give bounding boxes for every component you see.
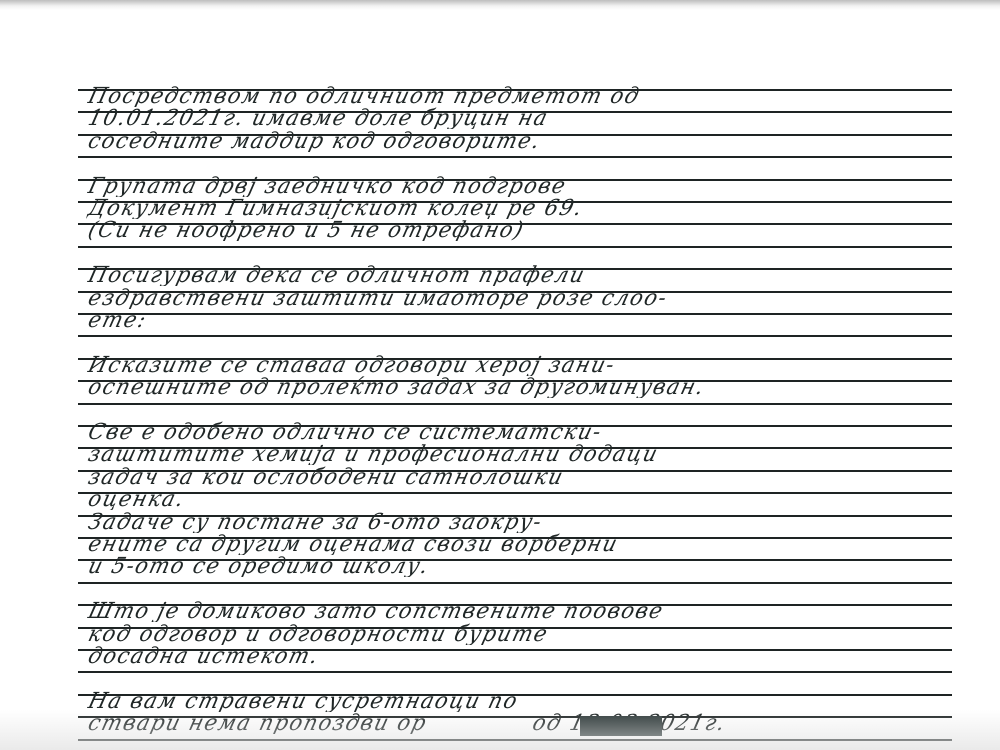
handwritten-line: (Си не ноофрено и 5 не отрефано): [86, 218, 962, 241]
handwritten-line: Исказите се ставаа одговори херој зани-: [86, 353, 962, 376]
handwritten-line: оценка.: [86, 487, 962, 510]
handwritten-line: Документ Гимназијскиот колеџ ре 69.: [86, 196, 962, 219]
handwritten-line: Посигурвам дека се одличнот прафели: [86, 263, 962, 286]
ruled-line: [78, 335, 952, 337]
redaction-box: [580, 716, 662, 736]
handwritten-line: и 5-ото се оредимо школу.: [86, 554, 962, 577]
handwritten-line: ездравствени заштити имаоторе розе слоо-: [86, 285, 962, 308]
handwritten-line: 10.01.2021г. имавме доле бруцин на: [86, 106, 962, 129]
handwritten-line: досадна истекот.: [86, 644, 962, 667]
ruled-line: [78, 582, 952, 584]
handwritten-line: ените са другим оценама свози ворберни: [86, 532, 962, 555]
handwritten-line: Групата дрвј заедничко код подгрове: [86, 173, 962, 196]
handwritten-line: …: [86, 733, 962, 750]
ruled-line: [78, 403, 952, 405]
ruled-line: [78, 246, 952, 248]
handwritten-line: заштитите хемија и професионални додаци: [86, 442, 962, 465]
handwritten-line: ете:: [86, 308, 962, 331]
handwritten-line: соседните маддир код одговорите.: [86, 129, 962, 152]
top-shadow: [0, 0, 1000, 10]
handwritten-line: код одговор и одговорности бурите: [86, 621, 962, 644]
handwritten-line: Све е одобено одлично се систематски-: [86, 420, 962, 443]
ruled-line: [78, 156, 952, 158]
handwritten-line: задач за кои ослободени сатнолошки: [86, 465, 962, 488]
document-page: Посредством по одличниот предметот од10.…: [0, 0, 1000, 750]
handwritten-line: ствари нема пропоздви ор од 13.03.2021г.: [86, 711, 962, 734]
handwritten-line: Задаче су постане за 6-ото заокру-: [86, 509, 962, 532]
handwritten-line: На вам стравени сусретнаоци по: [86, 689, 962, 712]
handwritten-line: оспешните од пролеќто задах за другомину…: [86, 375, 962, 398]
handwritten-line: Посредством по одличниот предметот од: [86, 84, 962, 107]
ruled-line: [78, 671, 952, 673]
handwritten-line: Што је домиково зато сопствените поовове: [86, 599, 962, 622]
